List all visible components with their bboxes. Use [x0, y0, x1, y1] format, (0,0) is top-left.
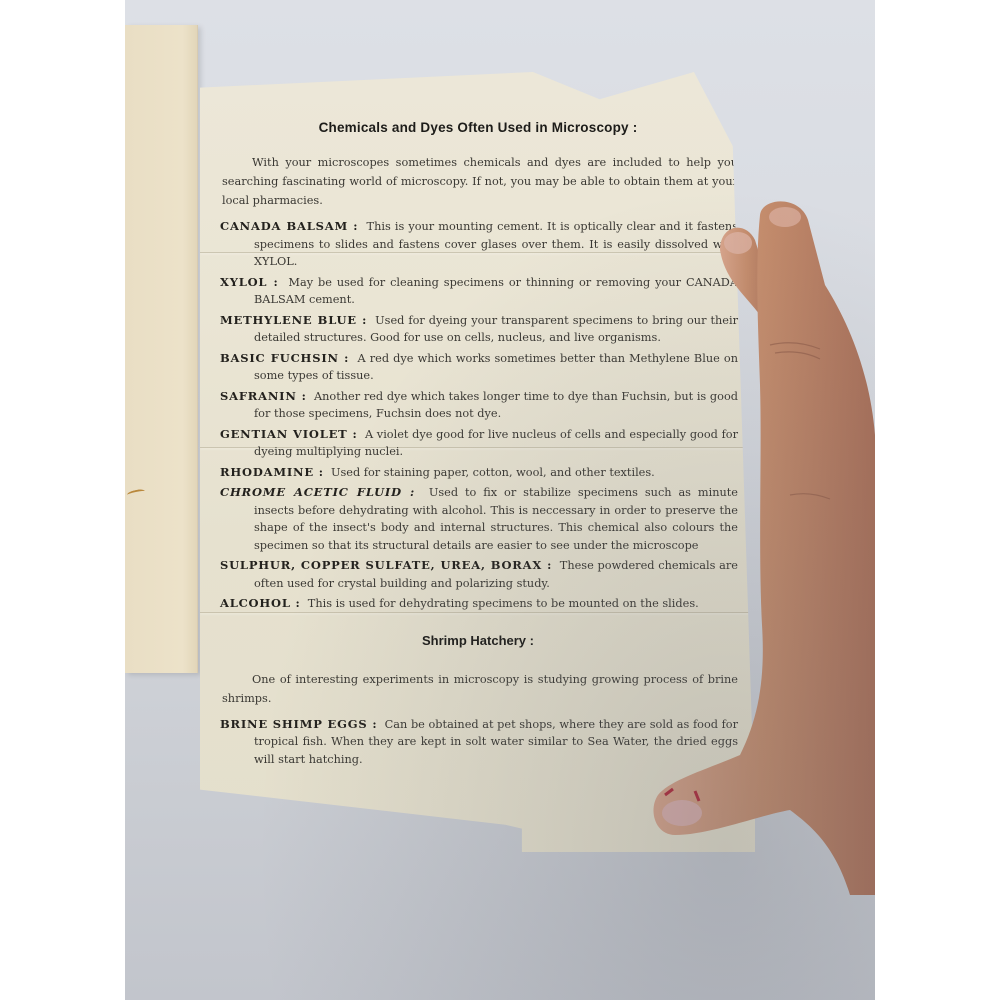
instruction-sheet: Chemicals and Dyes Often Used in Microsc… — [200, 72, 755, 852]
list-item: METHYLENE BLUE : Used for dyeing your tr… — [218, 312, 738, 347]
list-item: BRINE SHIMP EGGS : Can be obtained at pe… — [218, 716, 738, 769]
chemical-term: ALCOHOL : — [220, 596, 301, 610]
list-item: ALCOHOL : This is used for dehydrating s… — [218, 595, 738, 613]
list-item: CHROME ACETIC FLUID : Used to fix or sta… — [218, 484, 738, 554]
chemical-term: GENTIAN VIOLET : — [220, 427, 358, 441]
intro-paragraph: With your microscopes sometimes chemical… — [222, 153, 738, 210]
list-item: SAFRANIN : Another red dye which takes l… — [218, 388, 738, 423]
chemical-description: Another red dye which takes longer time … — [254, 390, 738, 421]
list-item: CANADA BALSAM : This is your mounting ce… — [218, 218, 738, 271]
chemical-description: Used for staining paper, cotton, wool, a… — [331, 466, 655, 479]
list-item: BASIC FUCHSIN : A red dye which works so… — [218, 350, 738, 385]
section-title: Shrimp Hatchery : — [218, 633, 738, 648]
photo: Chemicals and Dyes Often Used in Microsc… — [125, 0, 875, 1000]
sheet-content: Chemicals and Dyes Often Used in Microsc… — [218, 120, 738, 771]
back-paper-sheet — [125, 25, 198, 673]
chemical-description: This is used for dehydrating specimens t… — [308, 597, 699, 610]
list-item: SULPHUR, COPPER SULFATE, UREA, BORAX : T… — [218, 557, 738, 592]
list-item: RHODAMINE : Used for staining paper, cot… — [218, 464, 738, 482]
chemical-term: METHYLENE BLUE : — [220, 313, 367, 327]
shrimp-list: BRINE SHIMP EGGS : Can be obtained at pe… — [218, 716, 738, 769]
chemical-term: SULPHUR, COPPER SULFATE, UREA, BORAX : — [220, 558, 552, 572]
chemical-term: XYLOL : — [220, 275, 279, 289]
chemical-description: May be used for cleaning specimens or th… — [254, 276, 738, 307]
document-title: Chemicals and Dyes Often Used in Microsc… — [218, 120, 738, 135]
section-intro: One of interesting experiments in micros… — [222, 670, 738, 708]
chemical-term: BASIC FUCHSIN : — [220, 351, 349, 365]
chemical-term: CANADA BALSAM : — [220, 219, 358, 233]
chemical-term: CHROME ACETIC FLUID : — [220, 485, 415, 499]
stain-mark — [127, 488, 146, 498]
chemical-term: BRINE SHIMP EGGS : — [220, 717, 377, 731]
chemical-list: CANADA BALSAM : This is your mounting ce… — [218, 218, 738, 613]
list-item: XYLOL : May be used for cleaning specime… — [218, 274, 738, 309]
chemical-term: RHODAMINE : — [220, 465, 324, 479]
list-item: GENTIAN VIOLET : A violet dye good for l… — [218, 426, 738, 461]
chemical-term: SAFRANIN : — [220, 389, 307, 403]
